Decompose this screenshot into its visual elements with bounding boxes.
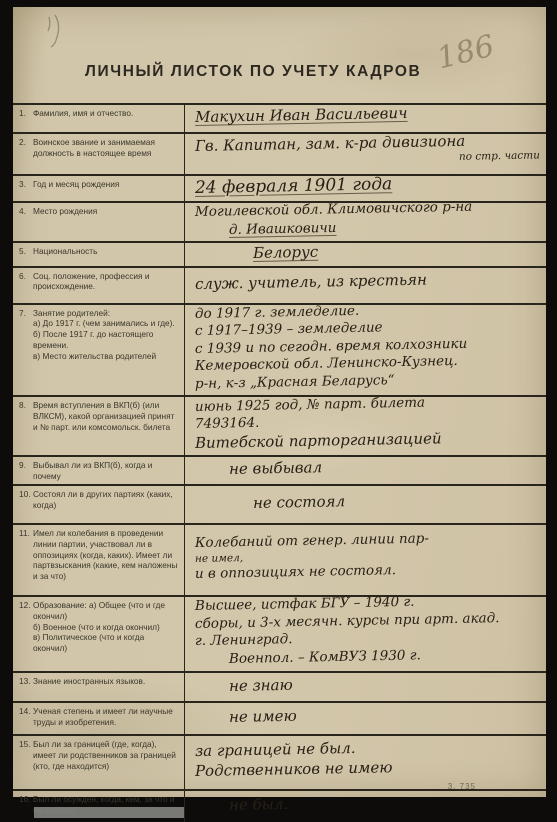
- question-number: 16.: [19, 794, 33, 805]
- answer-line: не знаю: [229, 671, 542, 697]
- form-row-6: 6. Соц. положение, профессия и происхожд…: [13, 268, 546, 305]
- question-number: 13.: [19, 676, 33, 687]
- answer-line: Белорус: [253, 239, 542, 264]
- question-text: Выбывал ли из ВКП(б), когда и почему: [33, 460, 180, 482]
- question-text: Имел ли колебания в проведении линии пар…: [33, 528, 180, 582]
- answer-cell: Гв. Капитан, зам. к-ра дивизиона по стр.…: [185, 134, 546, 174]
- answer-line: Макухин Иван Васильевич: [195, 102, 542, 128]
- scan-artifact: [34, 807, 184, 818]
- answer-cell: за границей не был. Родственников не име…: [185, 736, 546, 789]
- form-row-14: 14. Ученая степень и имеет ли научные тр…: [13, 703, 546, 736]
- question-text: Фамилия, имя и отчество.: [33, 108, 180, 119]
- answer-line: не имею: [229, 702, 542, 728]
- page-title: ЛИЧНЫЙ ЛИСТОК ПО УЧЕТУ КАДРОВ: [85, 63, 421, 81]
- answer-line: не выбывал: [229, 454, 542, 480]
- question-number: 5.: [19, 246, 33, 257]
- question-number: 10.: [19, 489, 33, 500]
- question-cell: 4. Место рождения: [13, 203, 185, 241]
- question-cell: 13. Знание иностранных языков.: [13, 673, 185, 701]
- answer-cell: служ. учитель, из крестьян: [185, 268, 546, 303]
- question-number: 2.: [19, 137, 33, 148]
- question-cell: 15. Был ли за границей (где, когда), име…: [13, 736, 185, 789]
- answer-cell: не был.: [185, 791, 546, 822]
- question-text: Был ли за границей (где, когда), имеет л…: [33, 739, 180, 771]
- form-row-4: 4. Место рождения Могилевской обл. Климо…: [13, 203, 546, 243]
- answer-cell: не знаю: [185, 673, 546, 701]
- answer-cell: не выбывал: [185, 457, 546, 484]
- question-cell: 10. Состоял ли в других партиях (каких, …: [13, 486, 185, 523]
- question-number: 15.: [19, 739, 33, 750]
- answer-cell: июнь 1925 год, № парт. билета 7493164. В…: [185, 397, 546, 455]
- question-number: 8.: [19, 400, 33, 411]
- answer-line: служ. учитель, из крестьян: [195, 268, 542, 294]
- question-text: Место рождения: [33, 206, 180, 217]
- question-number: 7.: [19, 308, 33, 319]
- question-number: 1.: [19, 108, 33, 119]
- question-text: Соц. положение, профессия и происхождени…: [33, 271, 180, 293]
- form-row-5: 5. Национальность Белорус: [13, 243, 546, 268]
- form-row-2: 2. Воинское звание и занимаемая должност…: [13, 134, 546, 176]
- answer-cell: не имею: [185, 703, 546, 734]
- question-text: Знание иностранных языков.: [33, 676, 180, 687]
- question-cell: 6. Соц. положение, профессия и происхожд…: [13, 268, 185, 303]
- personal-record-form: ЛИЧНЫЙ ЛИСТОК ПО УЧЕТУ КАДРОВ 186 1. Фам…: [13, 7, 546, 797]
- question-cell: 3. Год и месяц рождения: [13, 176, 185, 201]
- pencil-squiggle-mark: [41, 13, 81, 61]
- question-number: 6.: [19, 271, 33, 282]
- form-row-8: 8. Время вступления в ВКП(б) (или ВЛКСМ)…: [13, 397, 546, 457]
- form-row-7: 7. Занятие родителей: а) До 1917 г. (чем…: [13, 305, 546, 398]
- question-cell: 9. Выбывал ли из ВКП(б), когда и почему: [13, 457, 185, 484]
- question-text: Образование: а) Общее (что и где окончил…: [33, 600, 180, 654]
- form-row-1: 1. Фамилия, имя и отчество. Макухин Иван…: [13, 105, 546, 134]
- question-cell: 1. Фамилия, имя и отчество.: [13, 105, 185, 132]
- print-code: 3. 735: [448, 782, 476, 791]
- answer-cell: Макухин Иван Васильевич: [185, 105, 546, 132]
- question-number: 9.: [19, 460, 33, 471]
- handwritten-page-number: 186: [433, 29, 497, 77]
- question-text: Ученая степень и имеет ли научные труды …: [33, 706, 180, 728]
- question-number: 3.: [19, 179, 33, 190]
- question-text: Состоял ли в других партиях (каких, когд…: [33, 489, 180, 511]
- question-number: 14.: [19, 706, 33, 717]
- question-cell: 12. Образование: а) Общее (что и где око…: [13, 597, 185, 671]
- answer-cell: Могилевской обл. Климовичского р-на д. И…: [185, 203, 546, 241]
- question-text: Год и месяц рождения: [33, 179, 180, 190]
- question-text: Занятие родителей: а) До 1917 г. (чем за…: [33, 308, 180, 362]
- scanned-document-page: { "page": { "title": "ЛИЧНЫЙ ЛИСТОК ПО У…: [0, 0, 557, 822]
- question-number: 4.: [19, 206, 33, 217]
- question-number: 11.: [19, 528, 33, 539]
- question-text: Время вступления в ВКП(б) (или ВЛКСМ), к…: [33, 400, 180, 432]
- answer-cell: не состоял: [185, 486, 546, 523]
- answer-cell: Высшее, истфак БГУ – 1940 г. сборы, и 3-…: [185, 597, 546, 671]
- question-cell: 14. Ученая степень и имеет ли научные тр…: [13, 703, 185, 734]
- answer-cell: до 1917 г. земледелие. с 1917–1939 – зем…: [185, 305, 546, 396]
- question-text: Национальность: [33, 246, 180, 257]
- question-number: 12.: [19, 600, 33, 611]
- question-text: Воинское звание и занимаемая должность в…: [33, 137, 180, 159]
- form-table: 1. Фамилия, имя и отчество. Макухин Иван…: [13, 103, 546, 822]
- answer-line: не состоял: [253, 489, 542, 514]
- answer-cell: Колебаний от генер. линии пар- не имел, …: [185, 525, 546, 595]
- question-cell: 2. Воинское звание и занимаемая должност…: [13, 134, 185, 174]
- question-cell: 5. Национальность: [13, 243, 185, 266]
- question-cell: 8. Время вступления в ВКП(б) (или ВЛКСМ)…: [13, 397, 185, 455]
- form-row-10: 10. Состоял ли в других партиях (каких, …: [13, 486, 546, 525]
- form-row-13: 13. Знание иностранных языков. не знаю: [13, 673, 546, 703]
- question-cell: 7. Занятие родителей: а) До 1917 г. (чем…: [13, 305, 185, 396]
- answer-line: не был.: [229, 790, 542, 816]
- form-row-9: 9. Выбывал ли из ВКП(б), когда и почему …: [13, 457, 546, 486]
- form-row-12: 12. Образование: а) Общее (что и где око…: [13, 597, 546, 673]
- answer-cell: Белорус: [185, 243, 546, 266]
- question-cell: 11. Имел ли колебания в проведении линии…: [13, 525, 185, 595]
- form-row-11: 11. Имел ли колебания в проведении линии…: [13, 525, 546, 597]
